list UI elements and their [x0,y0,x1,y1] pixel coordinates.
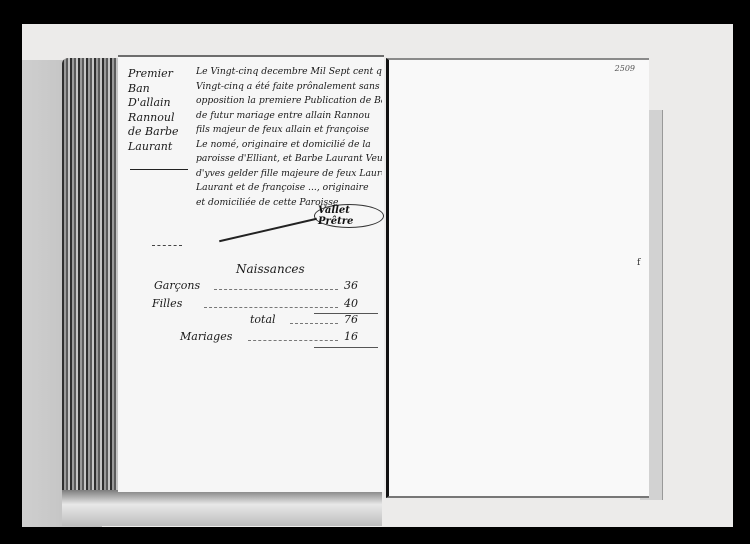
margin-note: Premier Ban D'allain Rannoul de Barbe La… [128,67,190,154]
entry-line: Le nomé, originaire et domicilié de la [196,138,382,153]
left-page: Premier Ban D'allain Rannoul de Barbe La… [118,55,384,492]
sum-rule [314,347,378,348]
page-number: 2509 [615,64,635,73]
entry-line: d'yves gelder fille majeure de feux Laur… [196,167,382,182]
totals-value: 40 [344,297,358,310]
leader-dots [204,307,338,308]
edge-mark: f [637,258,640,268]
entry-line: fils majeur de feux allain et françoise [196,123,382,138]
right-page: 2509 [386,58,649,498]
entry-text: Le Vingt-cinq decembre Mil Sept cent qua… [196,65,382,210]
totals-title: Naissances [236,262,305,276]
totals-label: Garçons [154,279,200,292]
entry-line: Laurant et de françoise ..., originaire [196,181,382,196]
margin-line: Laurant [128,140,190,155]
margin-line: Rannoul [128,111,190,126]
book-fore-edge [62,58,122,498]
leader-dots [248,340,338,341]
leader-dots [290,323,338,324]
totals-label: total [250,313,276,326]
book-bottom-edge [62,490,382,526]
totals-value: 76 [344,313,358,326]
leader-dots [214,289,338,290]
margin-rule [130,169,188,170]
totals-value: 16 [344,330,358,343]
entry-line: de futur mariage entre allain Rannou [196,109,382,124]
flourish-line [219,218,317,242]
margin-line: de Barbe [128,125,190,140]
flourish-dash [152,245,182,246]
totals-label: Filles [152,297,182,310]
margin-line: Premier [128,67,190,82]
margin-line: D'allain [128,96,190,111]
signature: Vallet Prêtre [314,204,384,228]
margin-line: Ban [128,82,190,97]
entry-line: paroisse d'Elliant, et Barbe Laurant Veu… [196,152,382,167]
totals-value: 36 [344,279,358,292]
entry-line: opposition la premiere Publication de Ba… [196,94,382,109]
totals-label: Mariages [180,330,232,343]
entry-line: Le Vingt-cinq decembre Mil Sept cent qua… [196,65,382,80]
entry-line: Vingt-cinq a été faite prônalement sans [196,80,382,95]
